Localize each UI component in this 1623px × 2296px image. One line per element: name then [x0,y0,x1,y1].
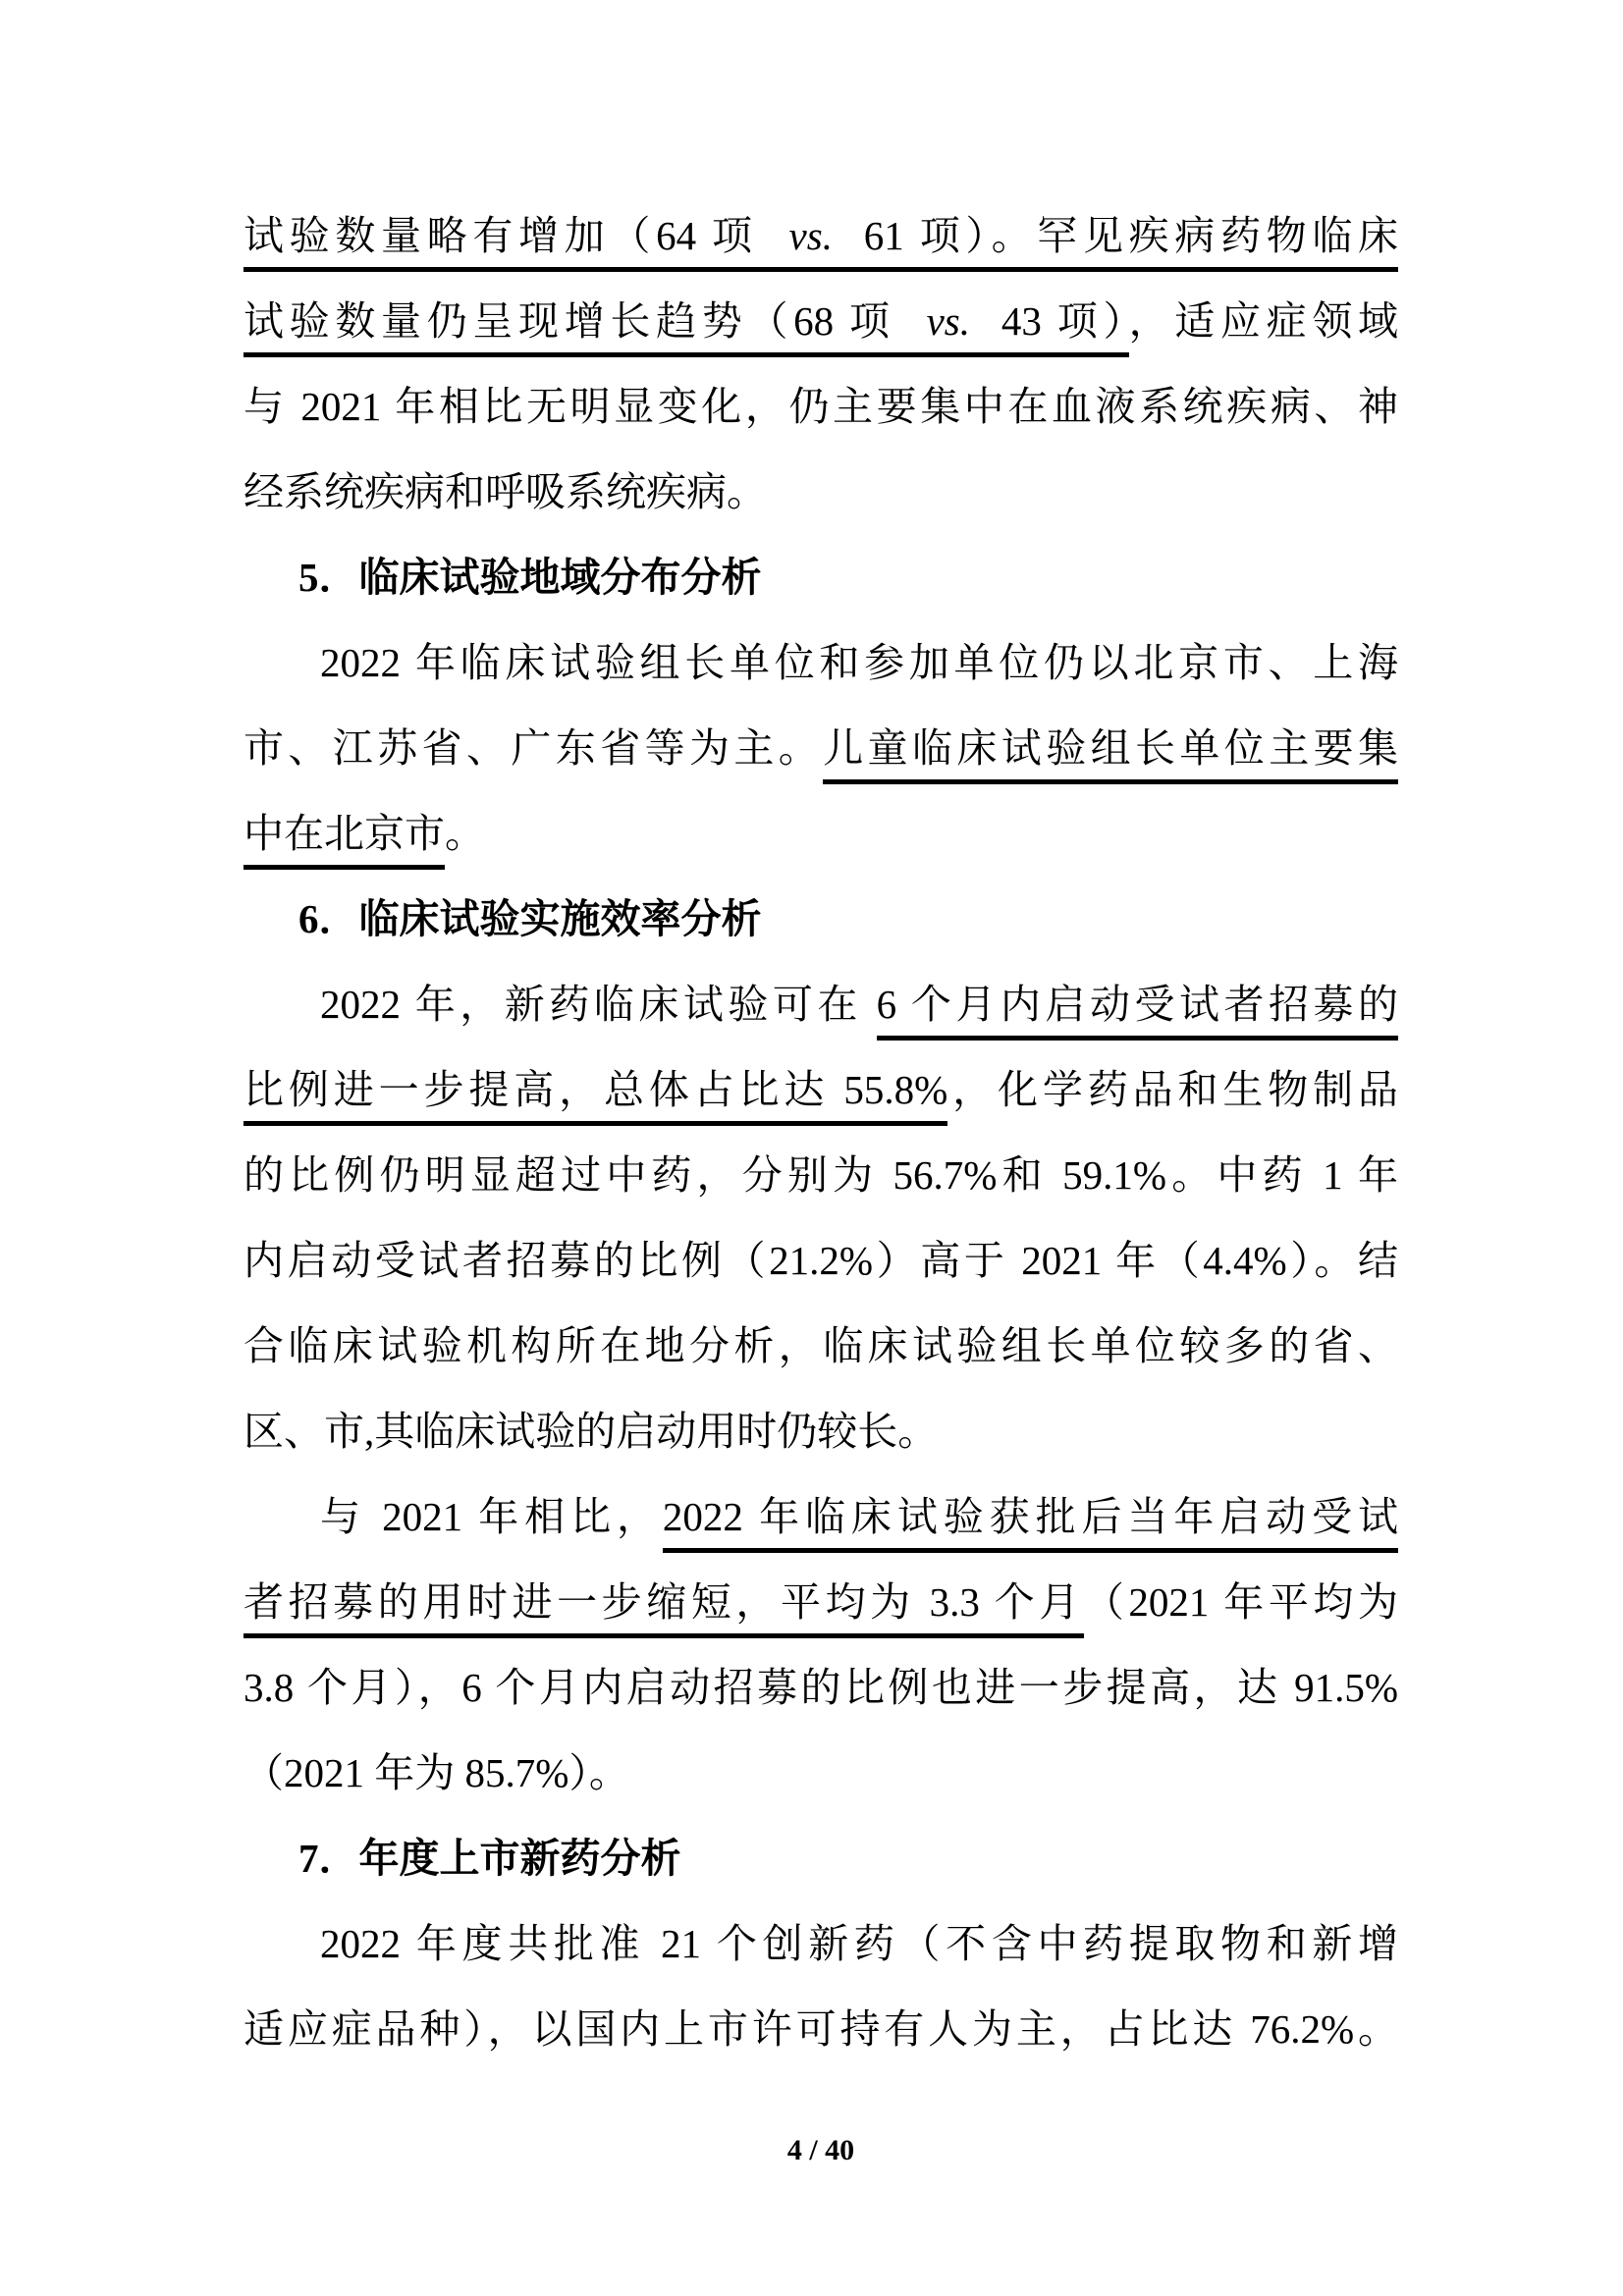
text-line: 3.8 个月），6 个月内启动招募的比例也进一步提高，达 91.5% [243,1645,1398,1731]
text-segment: （2021 年为 85.7%）。 [243,1750,629,1795]
text-segment: 区、市,其临床试验的启动用时仍较长。 [243,1409,938,1454]
text-segment: 与 2021 年相比， [320,1494,663,1539]
page-number: 4 / 40 [243,2132,1398,2169]
text-line: 试验数量略有增加（64 项 vs. 61 项）。罕见疾病药物临床 [243,193,1398,279]
text-line: 中在北京市。 [243,791,1398,877]
underlined-text: 中在北京市 [243,811,445,870]
text-segment: 的比例仍明显超过中药，分别为 56.7%和 59.1%。中药 1 年 [243,1152,1398,1198]
section-heading: 5．临床试验地域分布分析 [243,535,1398,620]
text-line: 2022 年度共批准 21 个创新药（不含中药提取物和新增 [243,1901,1398,1987]
underlined-text: 者招募的用时进一步缩短，平均为 3.3 个月 [243,1579,1084,1638]
text-segment: 2022 年，新药临床试验可在 [320,982,877,1027]
text-line: 试验数量仍呈现增长趋势（68 项 vs. 43 项），适应症领域 [243,279,1398,364]
text-segment: （2021 年平均为 [1084,1579,1398,1625]
text-line: 2022 年，新药临床试验可在 6 个月内启动受试者招募的 [243,962,1398,1047]
text-segment: 适应症品种），以国内上市许可持有人为主，占比达 76.2%。 [243,2006,1398,2052]
underlined-text: vs. [927,298,970,357]
underlined-text: 43 项） [970,298,1129,357]
underlined-text: 6 个月内启动受试者招募的 [877,982,1398,1041]
text-segment: 市、江苏省、广东省等为主。 [243,725,823,771]
text-line: （2021 年为 85.7%）。 [243,1731,1398,1816]
document-page: 试验数量略有增加（64 项 vs. 61 项）。罕见疾病药物临床试验数量仍呈现增… [0,0,1623,2296]
text-line: 者招募的用时进一步缩短，平均为 3.3 个月（2021 年平均为 [243,1560,1398,1645]
text-line: 的比例仍明显超过中药，分别为 56.7%和 59.1%。中药 1 年 [243,1133,1398,1218]
text-segment: 2022 年度共批准 21 个创新药（不含中药提取物和新增 [320,1921,1398,1966]
page-content: 试验数量略有增加（64 项 vs. 61 项）。罕见疾病药物临床试验数量仍呈现增… [243,193,1398,2072]
text-segment: 内启动受试者招募的比例（21.2%）高于 2021 年（4.4%）。结 [243,1238,1398,1283]
underlined-text: 试验数量略有增加（64 项 [243,213,789,272]
text-segment: ，适应症领域 [1129,298,1398,344]
text-segment: 7．年度上市新药分析 [298,1836,681,1881]
text-segment: ，化学药品和生物制品 [947,1067,1398,1112]
section-heading: 7．年度上市新药分析 [243,1816,1398,1901]
text-line: 内启动受试者招募的比例（21.2%）高于 2021 年（4.4%）。结 [243,1218,1398,1304]
text-segment: 与 2021 年相比无明显变化，仍主要集中在血液系统疾病、神 [243,384,1398,429]
text-line: 2022 年临床试验组长单位和参加单位仍以北京市、上海 [243,620,1398,706]
underlined-text: vs. [789,213,833,272]
text-line: 与 2021 年相比无明显变化，仍主要集中在血液系统疾病、神 [243,364,1398,450]
text-segment: 经系统疾病和呼吸系统疾病。 [243,469,767,514]
text-line: 合临床试验机构所在地分析，临床试验组长单位较多的省、 [243,1304,1398,1389]
text-line: 比例进一步提高，总体占比达 55.8%，化学药品和生物制品 [243,1047,1398,1133]
text-line: 适应症品种），以国内上市许可持有人为主，占比达 76.2%。 [243,1987,1398,2072]
underlined-text: 2022 年临床试验获批后当年启动受试 [663,1494,1398,1553]
underlined-text: 61 项）。罕见疾病药物临床 [833,213,1398,272]
text-segment: 合临床试验机构所在地分析，临床试验组长单位较多的省、 [243,1323,1398,1368]
text-line: 经系统疾病和呼吸系统疾病。 [243,450,1398,535]
text-segment: 6．临床试验实施效率分析 [298,896,762,941]
underlined-text: 试验数量仍呈现增长趋势（68 项 [243,298,927,357]
text-line: 市、江苏省、广东省等为主。儿童临床试验组长单位主要集 [243,706,1398,791]
underlined-text: 比例进一步提高，总体占比达 55.8% [243,1067,947,1126]
text-segment: 2022 年临床试验组长单位和参加单位仍以北京市、上海 [320,640,1398,685]
text-segment: 3.8 个月），6 个月内启动招募的比例也进一步提高，达 91.5% [243,1665,1398,1710]
section-heading: 6．临床试验实施效率分析 [243,877,1398,962]
underlined-text: 儿童临床试验组长单位主要集 [823,725,1398,784]
text-segment: 5．临床试验地域分布分析 [298,555,762,600]
text-line: 与 2021 年相比，2022 年临床试验获批后当年启动受试 [243,1474,1398,1560]
text-segment: 。 [445,811,485,856]
text-line: 区、市,其临床试验的启动用时仍较长。 [243,1389,1398,1474]
